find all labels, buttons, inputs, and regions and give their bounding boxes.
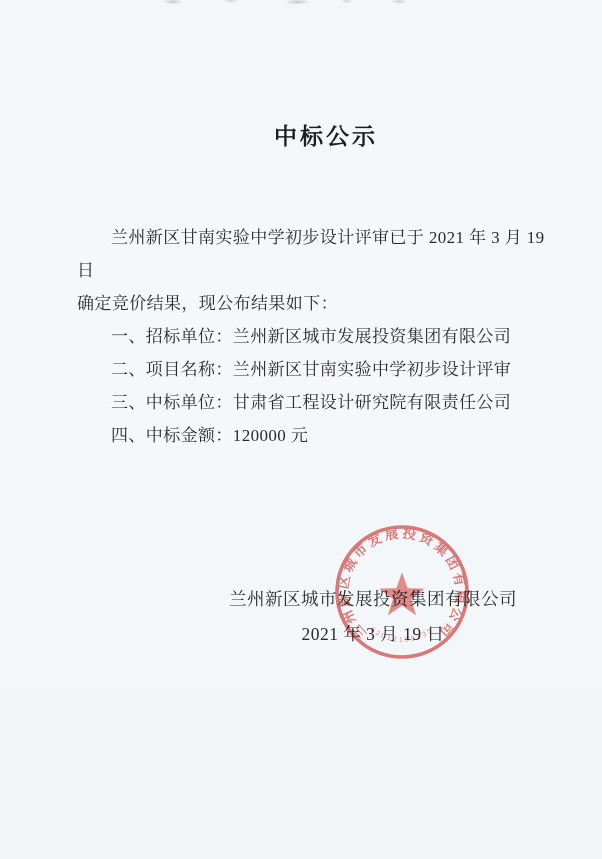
- document-body: 兰州新区甘南实验中学初步设计评审已于 2021 年 3 月 19 日 确定竞价结…: [77, 221, 553, 452]
- body-paragraph-line-2: 确定竞价结果，现公布结果如下：: [77, 287, 553, 320]
- list-item-project-name: 二、项目名称：兰州新区甘南实验中学初步设计评审: [77, 353, 553, 386]
- star-icon: [379, 572, 425, 615]
- list-item-winning-bidder: 三、中标单位：甘肃省工程设计研究院有限责任公司: [77, 386, 553, 419]
- body-paragraph-line-1: 兰州新区甘南实验中学初步设计评审已于 2021 年 3 月 19 日: [77, 221, 553, 287]
- official-seal-stamp: 兰州新区城市发展投资集团有限公司 62012100233: [327, 517, 477, 667]
- document-title: 中标公示: [25, 118, 602, 151]
- scan-artifact: [138, 0, 428, 8]
- document-page: 中标公示 兰州新区甘南实验中学初步设计评审已于 2021 年 3 月 19 日 …: [0, 0, 602, 859]
- seal-serial-number: 62012100233: [369, 626, 435, 644]
- list-item-bid-amount: 四、中标金额：120000 元: [77, 419, 553, 452]
- list-item-tendering-unit: 一、招标单位：兰州新区城市发展投资集团有限公司: [77, 320, 553, 353]
